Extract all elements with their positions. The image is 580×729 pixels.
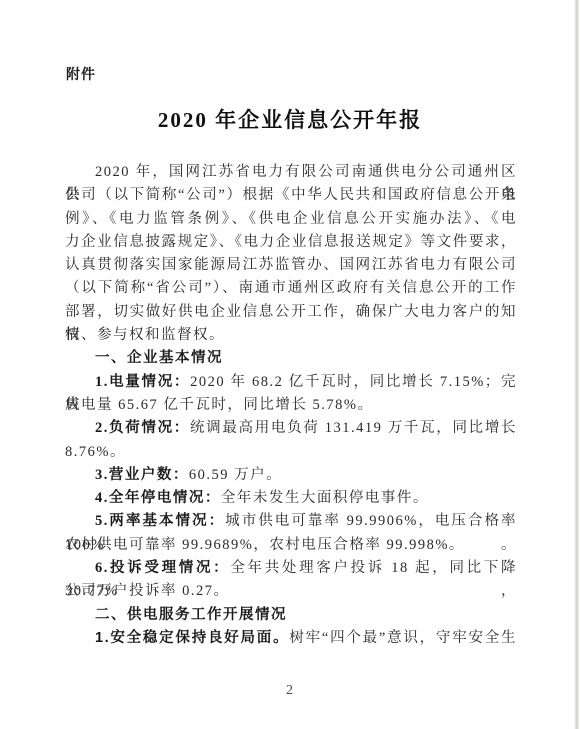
text-line: 1.安全稳定保持良好局面。树牢“四个最”意识，守牢安全生 xyxy=(65,627,517,650)
text-segment: 3.营业户数： xyxy=(95,467,189,483)
text-line: 认真贯彻落实国家能源局江苏监管办、国网江苏省电力有限公司 xyxy=(65,254,517,277)
text-line: 力企业信息披露规定》、《电力企业信息报送规定》等文件要求， xyxy=(65,231,517,254)
text-segment: 农村供电可靠率 99.9689%，农村电压合格率 99.998%。 xyxy=(65,537,465,553)
text-segment: 二、供电服务工作开展情况 xyxy=(95,607,287,623)
text-line: （以下简称“省公司”）、南通市通州区政府有关信息公开的工作 xyxy=(65,277,517,300)
text-segment: 8.76%。 xyxy=(65,444,126,460)
text-line: 二、供电服务工作开展情况 xyxy=(65,604,517,627)
text-line: 农村供电可靠率 99.9689%，农村电压合格率 99.998%。 xyxy=(65,534,517,557)
text-segment: 公司（以下简称“公司”）根据《中华人民共和国政府信息公开条 xyxy=(65,187,517,203)
text-line: 4.全年停电情况：全年未发生大面积停电事件。 xyxy=(65,487,517,510)
text-line: 例》、《电力监管条例》、《供电企业信息公开实施办法》、《电 xyxy=(65,208,517,231)
text-line: 2020 年，国网江苏省电力有限公司南通供电分公司通州区供电 xyxy=(65,161,517,184)
page-title: 2020 年企业信息公开年报 xyxy=(0,104,580,134)
text-line: 部署，切实做好供电企业信息公开工作，确保广大电力客户的知情 xyxy=(65,301,517,324)
text-segment: 60.59 万户。 xyxy=(189,467,282,483)
text-segment: 权、参与权和监督权。 xyxy=(65,327,225,343)
text-segment: 认真贯彻落实国家能源局江苏监管办、国网江苏省电力有限公司 xyxy=(65,257,517,273)
body-text: 2020 年，国网江苏省电力有限公司南通供电分公司通州区供电公司（以下简称“公司… xyxy=(65,161,517,650)
text-line: 8.76%。 xyxy=(65,441,517,464)
text-line: 3.营业户数：60.59 万户。 xyxy=(65,464,517,487)
text-segment: 全年未发生大面积停电事件。 xyxy=(221,490,429,506)
text-line: 5.两率基本情况：城市供电可靠率 99.9906%，电压合格率 100%。 xyxy=(65,510,517,533)
text-segment: 统调最高用电负荷 131.419 万千瓦，同比增长 xyxy=(190,420,517,436)
document-page: 附件 2020 年企业信息公开年报 2020 年，国网江苏省电力有限公司南通供电… xyxy=(0,0,580,729)
text-segment: 5.两率基本情况： xyxy=(95,513,225,529)
text-line: 一、企业基本情况 xyxy=(65,347,517,370)
page-number: 2 xyxy=(0,683,580,699)
text-line: 权、参与权和监督权。 xyxy=(65,324,517,347)
text-segment: 1.安全稳定保持良好局面。 xyxy=(95,630,289,646)
attachment-label: 附件 xyxy=(66,64,96,84)
text-line: 6.投诉受理情况：全年共处理客户投诉 18 起，同比下降 30.77%， xyxy=(65,557,517,580)
text-segment: 售电量 65.67 亿千瓦时，同比增长 5.78%。 xyxy=(65,397,373,413)
text-segment: 力企业信息披露规定》、《电力企业信息报送规定》等文件要求， xyxy=(65,234,517,250)
text-segment: （以下简称“省公司”）、南通市通州区政府有关信息公开的工作 xyxy=(65,280,517,296)
text-segment: 2.负荷情况： xyxy=(95,420,190,436)
text-line: 售电量 65.67 亿千瓦时，同比增长 5.78%。 xyxy=(65,394,517,417)
text-segment: 1.电量情况： xyxy=(95,374,190,390)
text-segment: 公司万户投诉率 0.27。 xyxy=(65,583,230,599)
text-line: 1.电量情况：2020 年 68.2 亿千瓦时，同比增长 7.15%；完成 xyxy=(65,371,517,394)
text-segment: 树牢“四个最”意识，守牢安全生 xyxy=(289,630,517,646)
text-line: 公司（以下简称“公司”）根据《中华人民共和国政府信息公开条 xyxy=(65,184,517,207)
text-segment: 一、企业基本情况 xyxy=(95,350,223,366)
text-segment: 例》、《电力监管条例》、《供电企业信息公开实施办法》、《电 xyxy=(65,211,517,227)
text-segment: 6.投诉受理情况： xyxy=(95,560,230,576)
text-line: 2.负荷情况：统调最高用电负荷 131.419 万千瓦，同比增长 xyxy=(65,417,517,440)
text-segment: 4.全年停电情况： xyxy=(95,490,221,506)
